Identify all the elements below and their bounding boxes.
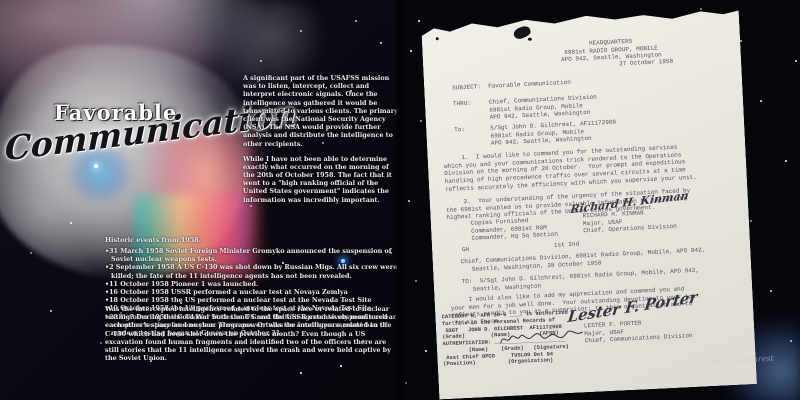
typist-initials: GH — [462, 246, 470, 254]
copies-furnished-block: Copies Furnished Commander, 6981st RGM C… — [471, 216, 558, 243]
intro-paragraph-1: A significant part of the USAFSS mission… — [243, 74, 398, 148]
event-item: 11 October 1958 Pioneer 1 was launched. — [105, 280, 398, 288]
ink-speck — [436, 37, 439, 40]
event-item: 31 March 1958 Soviet Foreign Minister Gr… — [105, 247, 398, 263]
porter-signature-block: LESTER F. PORTER Major, USAF Chief, Comm… — [584, 317, 693, 345]
scrapbook-spread: Favorable Communication A significant pa… — [0, 0, 800, 400]
ink-blot-small — [528, 38, 532, 41]
kinman-signature-block: RICHARD H. KINMAN Major, USAF Chief, Ope… — [582, 208, 677, 236]
first-indorsement-label: 1st Ind — [554, 241, 580, 250]
bright-star — [94, 164, 98, 168]
closing-paragraph: Was the intercepted intelligence related… — [105, 305, 398, 362]
scanned-letter-paper: HEADQUARTERS 6981st RADIO GROUP, MOBILE … — [421, 8, 757, 399]
letter-paragraph-1: 1. I would like to commend you for the o… — [443, 143, 697, 194]
event-item: 2 September 1958 A US C-130 was shot dow… — [105, 263, 398, 279]
intro-paragraphs: A significant part of the USAFSS mission… — [243, 74, 398, 211]
starfield-right — [400, 0, 402, 2]
thru-block: THRU: Chief, Communications Division 698… — [453, 93, 598, 123]
letter-date: 27 October 1958 — [619, 58, 673, 68]
starfield-left — [0, 0, 2, 2]
letterhead: HEADQUARTERS 6981st RADIO GROUP, MOBILE … — [518, 34, 704, 66]
intro-paragraph-2: While I have not been able to determine … — [243, 155, 398, 204]
event-item: 16 October 1958 USSR performed a nuclear… — [105, 288, 398, 296]
left-page: Favorable Communication A significant pa… — [0, 0, 400, 400]
to-block: To: S/Sgt John D. Gilchrest, AF11172908 … — [454, 119, 617, 150]
subject-line: SUBJECT: Favorable Communication — [452, 79, 571, 92]
events-heading: Historic events from 1958. — [105, 236, 395, 244]
